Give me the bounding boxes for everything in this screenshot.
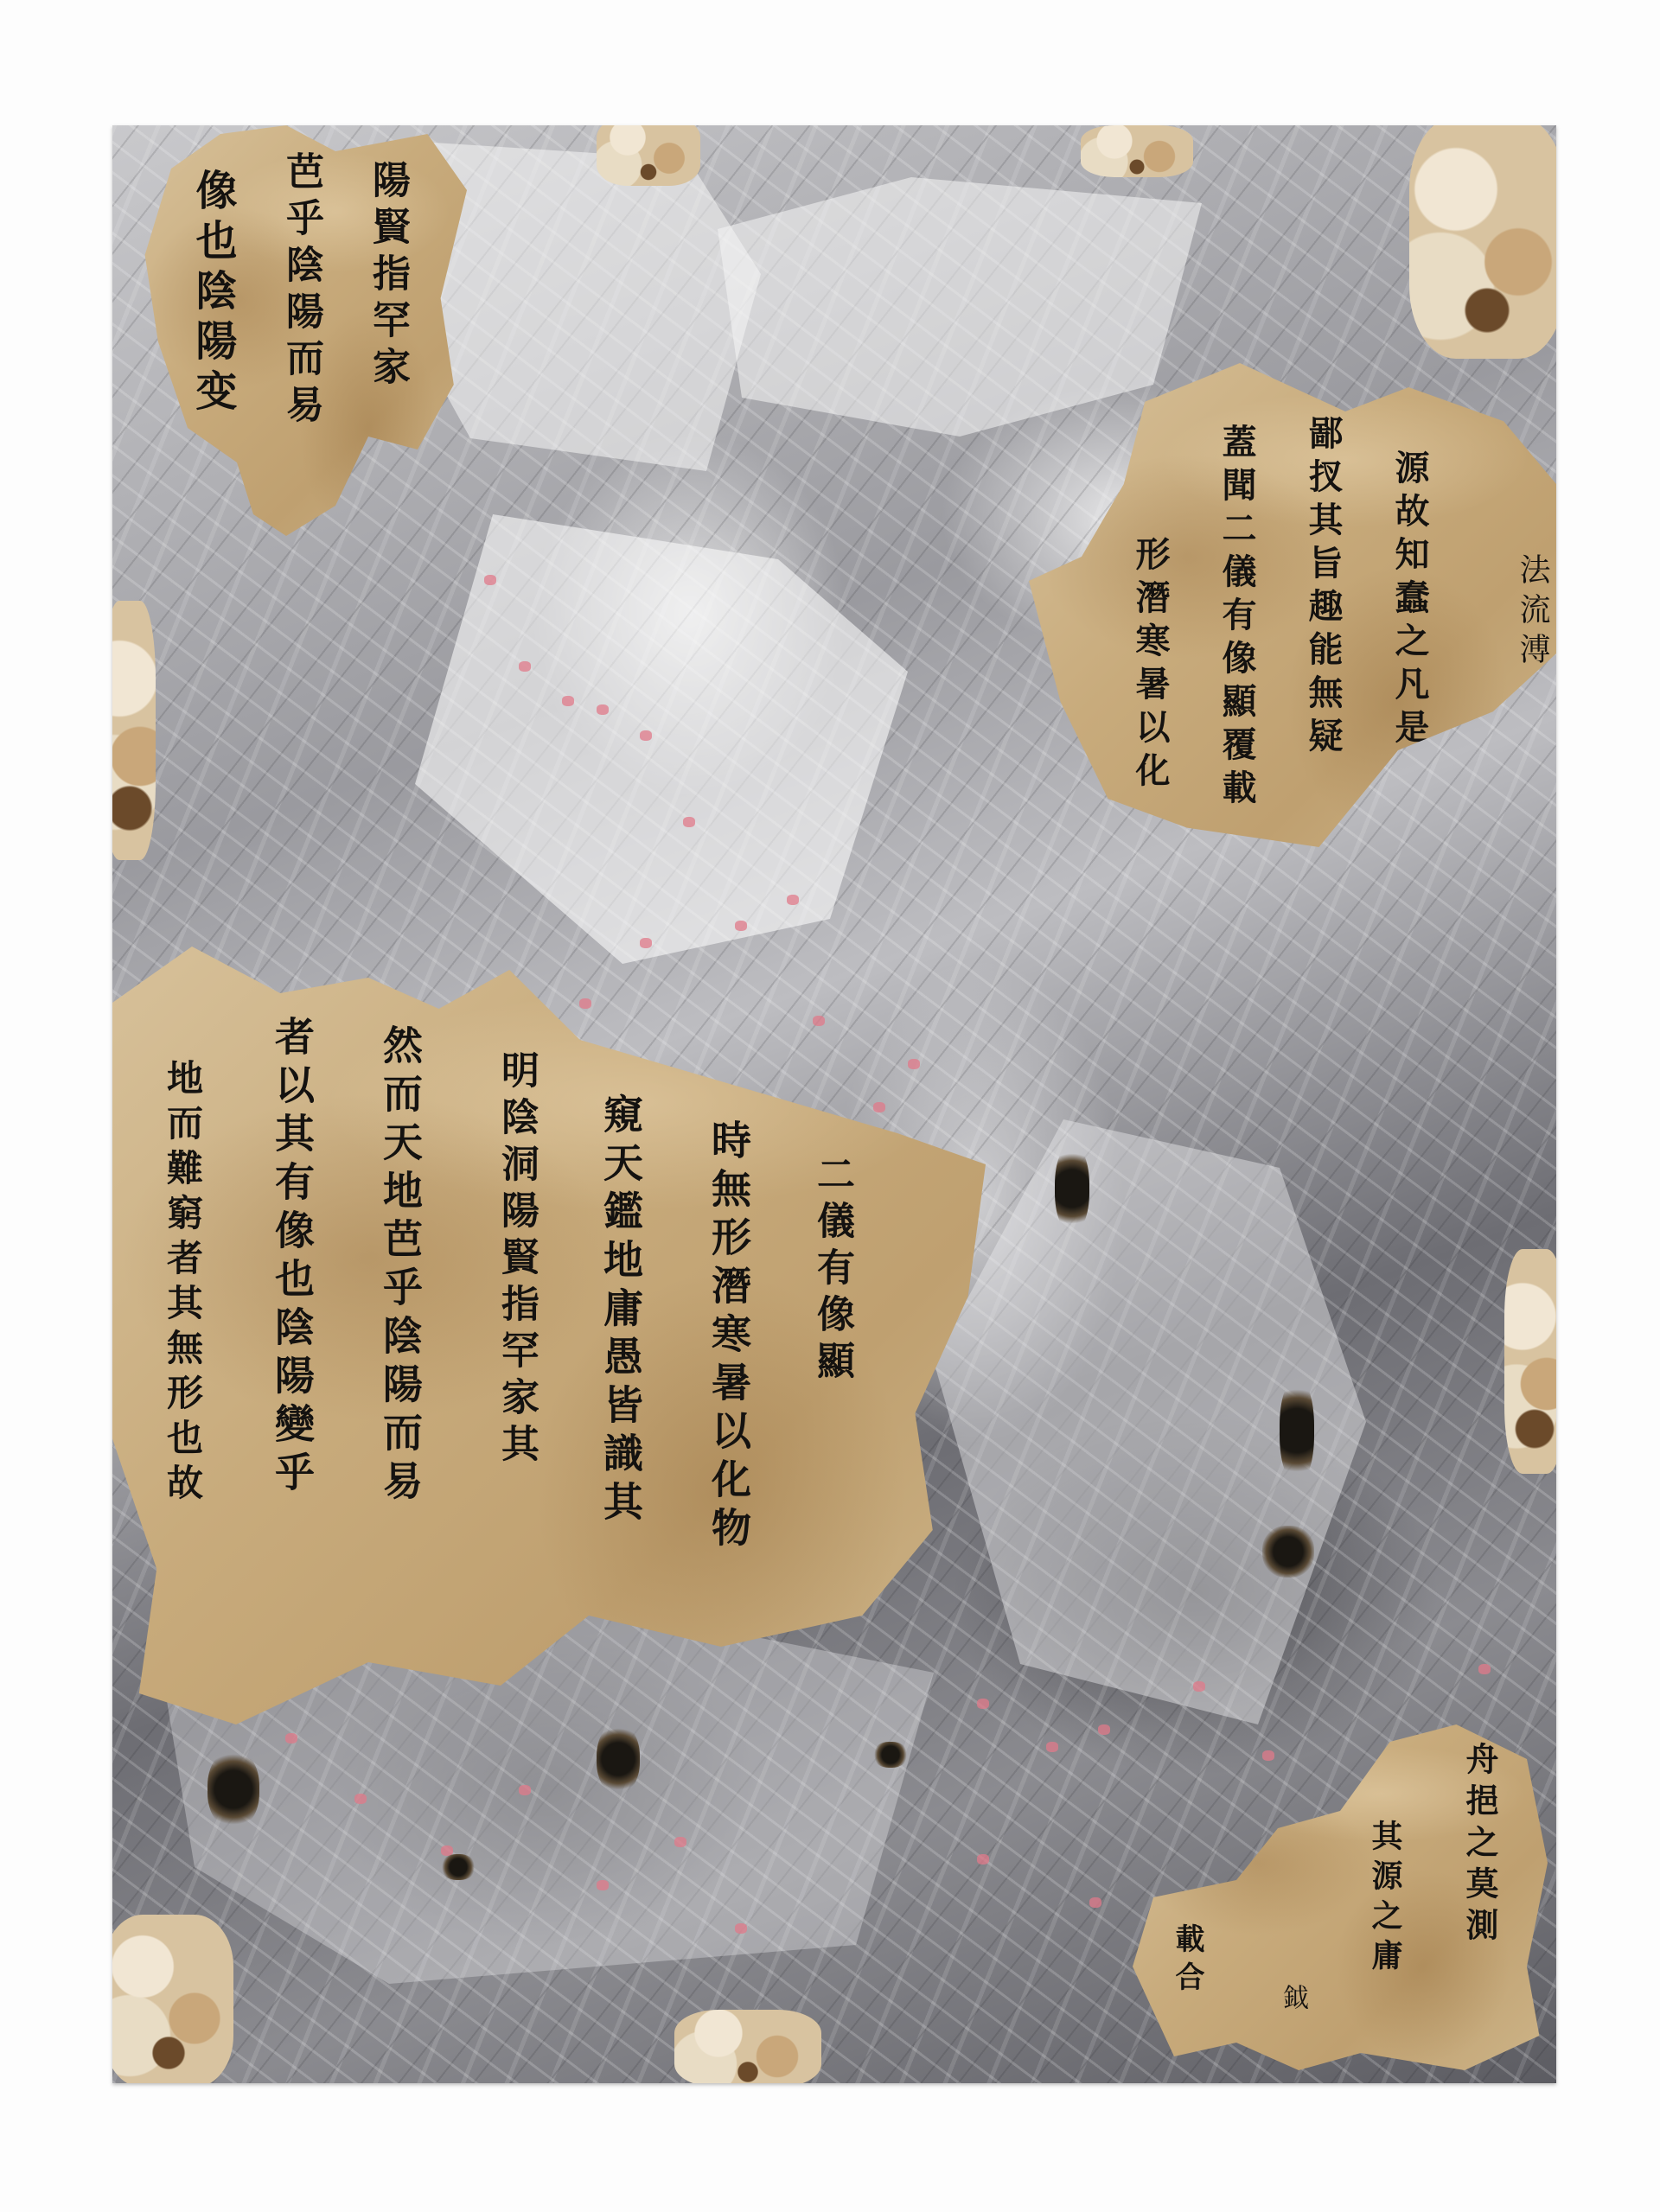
calligraphy-column: 其源之庸 bbox=[1369, 1820, 1401, 1979]
artwork-canvas: 陽賢指罕家 芭乎陰陽而易 像也陰陽变 源故知蠢之凡是 鄙扠其旨趣能無疑 蓋聞二儀… bbox=[112, 125, 1556, 2083]
calligraphy-column: 鉞 bbox=[1280, 1984, 1306, 2018]
pink-dot bbox=[787, 895, 799, 905]
calligraphy-column: 舟挹之莫測 bbox=[1463, 1742, 1496, 1949]
pink-dot bbox=[908, 1059, 920, 1069]
pink-dot bbox=[519, 1785, 531, 1795]
pink-dot bbox=[562, 696, 574, 706]
pink-dot bbox=[1046, 1742, 1058, 1752]
pink-dot bbox=[1089, 1897, 1101, 1908]
calligraphy-column: 時無形潛寒暑以化物 bbox=[709, 1119, 749, 1555]
pink-dot bbox=[977, 1854, 989, 1865]
calligraphy-column: 源故知蠢之凡是 bbox=[1392, 449, 1427, 752]
calligraphy-column: 地而難窮者其無形也故 bbox=[164, 1059, 201, 1508]
calligraphy-column: 像也陰陽变 bbox=[192, 169, 233, 419]
pink-dot bbox=[640, 938, 652, 948]
calligraphy-column: 法流溥 bbox=[1516, 553, 1548, 673]
pink-dot bbox=[683, 817, 695, 827]
textured-crust bbox=[674, 2010, 821, 2083]
burn-mark bbox=[1055, 1145, 1089, 1232]
pink-dot bbox=[579, 998, 591, 1009]
pink-dot bbox=[354, 1794, 367, 1804]
textured-crust bbox=[1409, 125, 1556, 359]
burn-mark bbox=[441, 1854, 476, 1880]
pink-dot bbox=[735, 921, 747, 931]
calligraphy-column: 蓋聞二儀有像顯覆載 bbox=[1219, 424, 1254, 813]
calligraphy-column: 二儀有像顯 bbox=[813, 1154, 851, 1387]
pink-dot bbox=[1262, 1750, 1274, 1761]
pink-dot bbox=[597, 704, 609, 715]
pink-dot bbox=[519, 661, 531, 672]
pink-dot bbox=[1478, 1664, 1491, 1674]
calligraphy-column: 明陰洞陽賢指罕家其 bbox=[497, 1050, 535, 1470]
calligraphy-column: 載合 bbox=[1172, 1923, 1202, 1999]
textured-crust bbox=[1504, 1249, 1556, 1474]
burn-mark bbox=[1280, 1379, 1314, 1482]
pink-dot bbox=[813, 1016, 825, 1026]
pink-dot bbox=[285, 1733, 297, 1743]
textured-crust bbox=[112, 1915, 233, 2083]
pink-dot bbox=[1098, 1724, 1110, 1735]
pink-dot bbox=[873, 1102, 885, 1112]
calligraphy-column: 芭乎陰陽而易 bbox=[282, 151, 320, 431]
pink-dot bbox=[640, 730, 652, 741]
calligraphy-column: 陽賢指罕家 bbox=[368, 160, 406, 393]
calligraphy-column: 然而天地芭乎陰陽而易 bbox=[380, 1024, 420, 1508]
calligraphy-column: 形潛寒暑以化 bbox=[1133, 536, 1167, 795]
textured-crust bbox=[112, 601, 156, 860]
calligraphy-column: 者以其有像也陰陽變乎 bbox=[272, 1016, 312, 1500]
textured-crust bbox=[1081, 125, 1193, 177]
calligraphy-column: 鄙扠其旨趣能無疑 bbox=[1306, 415, 1340, 761]
pink-dot bbox=[674, 1837, 686, 1847]
pink-dot bbox=[977, 1699, 989, 1709]
burn-mark bbox=[597, 1724, 640, 1794]
burn-mark bbox=[873, 1742, 908, 1768]
burn-mark bbox=[207, 1750, 259, 1828]
calligraphy-column: 窺天鑑地庸愚皆識其 bbox=[601, 1093, 641, 1529]
pink-dot bbox=[1193, 1681, 1205, 1692]
pink-dot bbox=[597, 1880, 609, 1890]
pink-dot bbox=[735, 1923, 747, 1934]
burn-mark bbox=[1262, 1526, 1314, 1578]
pink-dot bbox=[484, 575, 496, 585]
textured-crust bbox=[597, 125, 700, 186]
